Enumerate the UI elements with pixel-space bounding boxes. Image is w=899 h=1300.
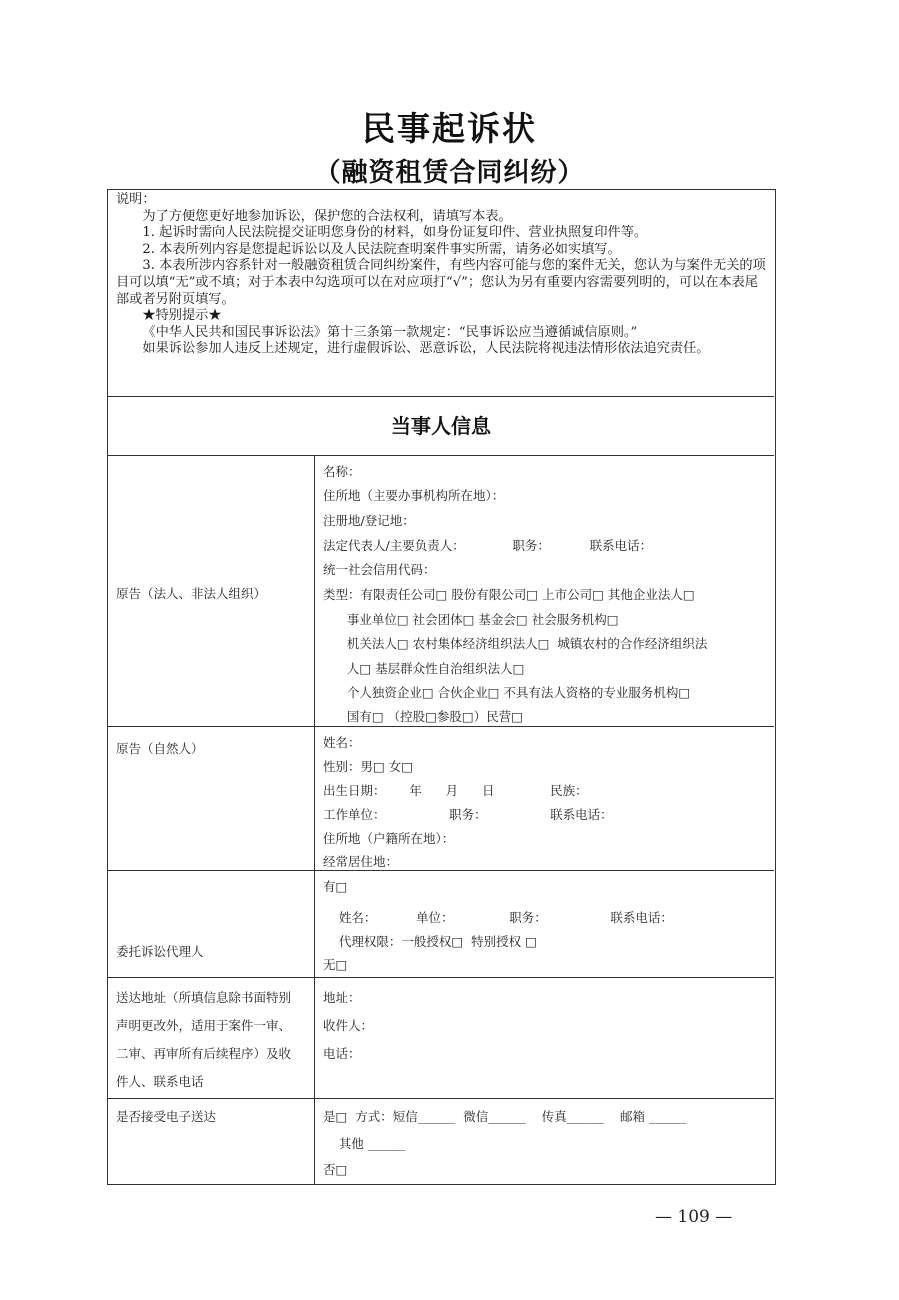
- law-quote: 《中华人民共和国民事诉讼法》第十三条第一款规定：“民事诉讼应当遵循诚信原则。”: [116, 325, 768, 342]
- plaintiff-organization-fields: 名称： 住所地（主要办事机构所在地）： 注册地/登记地： 法定代表人/主要负责人…: [315, 456, 774, 726]
- instructions-intro: 为了方便您更好地参加诉讼，保护您的合法权利，请填写本表。: [116, 209, 768, 226]
- org-representative-field[interactable]: 法定代表人/主要负责人： 职务： 联系电话：: [323, 536, 652, 554]
- party-info-header: 当事人信息: [108, 397, 774, 456]
- instructions-heading: 说明：: [116, 192, 768, 209]
- recipient-field[interactable]: 收件人：: [323, 1016, 373, 1034]
- litigation-agent-label: 委托诉讼代理人: [108, 871, 315, 977]
- e-service-yes-options[interactable]: 是□ 方式：短信______ 微信______ 传真______ 邮箱 ____…: [323, 1107, 686, 1125]
- instructions-section: 说明： 为了方便您更好地参加诉讼，保护您的合法权利，请填写本表。 1. 起诉时需…: [108, 190, 774, 397]
- complaint-form-table: 说明： 为了方便您更好地参加诉讼，保护您的合法权利，请填写本表。 1. 起诉时需…: [107, 189, 776, 1185]
- electronic-service-row: 是否接受电子送达 是□ 方式：短信______ 微信______ 传真_____…: [108, 1099, 774, 1184]
- org-ownership-options[interactable]: 国有□ （控股□参股□）民营□: [323, 707, 523, 725]
- agent-no-checkbox[interactable]: 无□: [323, 955, 347, 973]
- plaintiff-person-label: 原告（自然人）: [108, 727, 315, 870]
- document-title: 民事起诉状: [0, 103, 899, 150]
- service-address-fields: 地址： 收件人： 电话：: [315, 978, 774, 1098]
- org-credit-code-field[interactable]: 统一社会信用代码：: [323, 560, 436, 578]
- e-service-no-checkbox[interactable]: 否□: [323, 1160, 347, 1178]
- plaintiff-person-row: 原告（自然人） 姓名： 性别：男□ 女□ 出生日期： 年 月 日 民族： 工作单…: [108, 727, 774, 871]
- special-notice-heading: ★特别提示★: [116, 308, 768, 325]
- person-domicile-field[interactable]: 住所地（户籍所在地）：: [323, 829, 454, 847]
- person-employer-field[interactable]: 工作单位： 职务： 联系电话：: [323, 805, 613, 823]
- org-type-options-3[interactable]: 机关法人□ 农村集体经济组织法人□ 城镇农村的合作经济组织法: [323, 634, 707, 652]
- page-number: — 109 —: [655, 1207, 732, 1227]
- org-type-options-4[interactable]: 人□ 基层群众性自治组织法人□: [323, 659, 524, 677]
- agent-yes-checkbox[interactable]: 有□: [323, 877, 347, 895]
- instructions-item-1: 1. 起诉时需向人民法院提交证明您身份的材料，如身份证复印件、营业执照复印件等。: [116, 225, 768, 242]
- litigation-agent-fields: 有□ 姓名： 单位： 职务： 联系电话： 代理权限：一般授权□ 特别授权 □ 无…: [315, 871, 774, 977]
- litigation-agent-row: 委托诉讼代理人 有□ 姓名： 单位： 职务： 联系电话： 代理权限：一般授权□ …: [108, 871, 774, 978]
- agent-authority-options[interactable]: 代理权限：一般授权□ 特别授权 □: [323, 932, 537, 950]
- electronic-service-label: 是否接受电子送达: [108, 1099, 315, 1184]
- org-registration-field[interactable]: 注册地/登记地：: [323, 511, 415, 529]
- org-name-field[interactable]: 名称：: [323, 462, 361, 480]
- person-name-field[interactable]: 姓名：: [323, 733, 361, 751]
- plaintiff-person-fields: 姓名： 性别：男□ 女□ 出生日期： 年 月 日 民族： 工作单位： 职务： 联…: [315, 727, 774, 870]
- instructions-item-2: 2. 本表所列内容是您提起诉讼以及人民法院查明案件事实所需，请务必如实填写。: [116, 242, 768, 259]
- document-subtitle: （融资租赁合同纠纷）: [0, 152, 899, 189]
- e-service-other-field[interactable]: 其他 ______: [323, 1134, 405, 1152]
- plaintiff-organization-row: 原告（法人、非法人组织） 名称： 住所地（主要办事机构所在地）： 注册地/登记地…: [108, 456, 774, 727]
- person-residence-field[interactable]: 经常居住地：: [323, 852, 398, 870]
- plaintiff-organization-label: 原告（法人、非法人组织）: [108, 456, 315, 726]
- instructions-item-3: 3. 本表所涉内容系针对一般融资租赁合同纠纷案件，有些内容可能与您的案件无关，您…: [116, 258, 768, 308]
- phone-field[interactable]: 电话：: [323, 1044, 361, 1062]
- person-gender-options[interactable]: 性别：男□ 女□: [323, 757, 413, 775]
- legal-warning: 如果诉讼参加人违反上述规定，进行虚假诉讼、恶意诉讼，人民法院将视违法情形依法追究…: [116, 341, 768, 358]
- address-field[interactable]: 地址：: [323, 988, 361, 1006]
- person-birthdate-field[interactable]: 出生日期： 年 月 日 民族：: [323, 781, 588, 799]
- service-address-row: 送达地址（所填信息除书面特别 声明更改外，适用于案件一审、 二审、再审所有后续程…: [108, 978, 774, 1099]
- org-domicile-field[interactable]: 住所地（主要办事机构所在地）：: [323, 486, 504, 504]
- agent-info-field[interactable]: 姓名： 单位： 职务： 联系电话：: [323, 908, 673, 926]
- service-address-label: 送达地址（所填信息除书面特别 声明更改外，适用于案件一审、 二审、再审所有后续程…: [108, 978, 315, 1098]
- org-type-options-5[interactable]: 个人独资企业□ 合伙企业□ 不具有法人资格的专业服务机构□: [323, 683, 690, 701]
- org-type-options-1[interactable]: 类型：有限责任公司□ 股份有限公司□ 上市公司□ 其他企业法人□: [323, 585, 695, 603]
- org-type-options-2[interactable]: 事业单位□ 社会团体□ 基金会□ 社会服务机构□: [323, 610, 619, 628]
- electronic-service-fields: 是□ 方式：短信______ 微信______ 传真______ 邮箱 ____…: [315, 1099, 774, 1184]
